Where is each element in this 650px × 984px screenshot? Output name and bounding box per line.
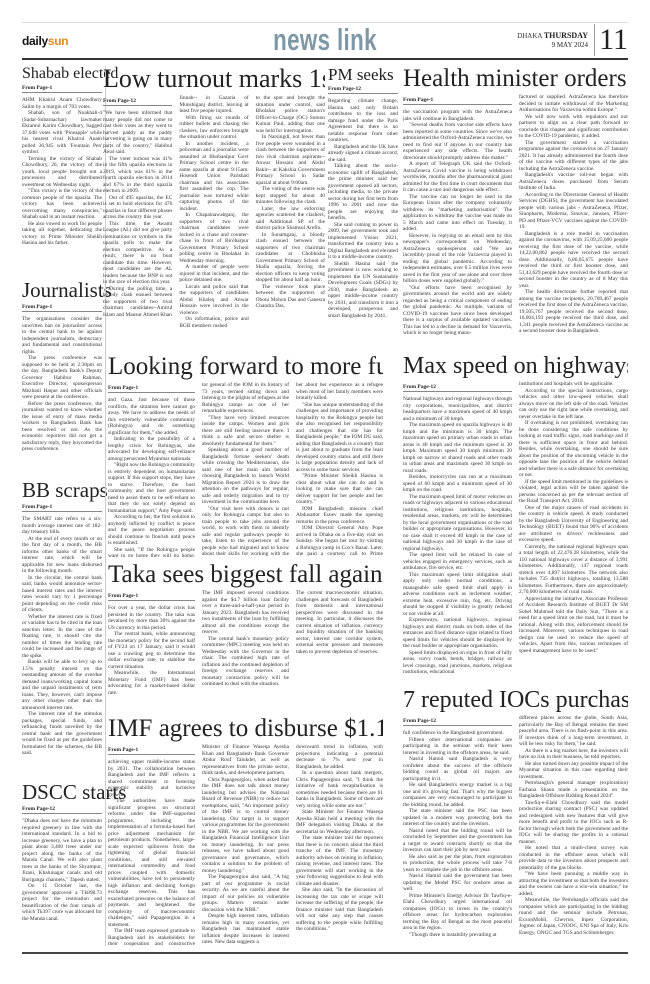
paragraph: "Our efforts have been recognised by gov… (403, 285, 512, 337)
paragraph: Chris Papageorgiou, when asked that the … (202, 777, 289, 875)
paragraph: National highways and regional highways … (403, 396, 512, 422)
paragraph: Sheikh Hasina said the government is now… (328, 261, 398, 320)
dateline-date: 9 MAY 2024 (552, 41, 588, 49)
paragraph: Indicating to the possibility of a lengt… (108, 436, 195, 462)
article-body-col1: the vaccination program with the AstraZe… (403, 109, 512, 337)
paragraph: He said Bangladesh's energy market is a … (403, 782, 512, 808)
from-page: From Page-1 (108, 747, 195, 755)
paragraph: Later, the law enforcing agencies scatte… (256, 206, 325, 232)
paragraph: During the polling time, a bloody clash … (103, 286, 172, 319)
paragraph: The organisations consider the unwritten… (22, 316, 102, 355)
paragraph: Speaking about a good number of Banglade… (202, 447, 289, 506)
article-pm-seeks: PM seeks From Page-12 Regarding climate … (328, 66, 398, 351)
brand-part-sun: sun (48, 34, 68, 48)
headline: Health minister orders probe (403, 66, 628, 91)
paragraph: If the speed limit mentioned in the guid… (519, 479, 628, 505)
paragraph: The voting of the centre was kept stoppe… (256, 186, 325, 206)
paragraph: Expressways, national highways, regional… (403, 617, 512, 650)
article-body-col1: and Gaza. Just because of those conflict… (108, 397, 195, 557)
article-body-col3: downward trend in inflation, with projec… (296, 744, 383, 933)
from-page: From Page-1 (22, 304, 102, 312)
paragraph: This time, the Awami League (AL) did not… (103, 221, 172, 286)
article-imf-disburse: IMF agrees to disburse $1.15b From Page-… (108, 716, 383, 948)
paragraph: She said, "If the Rohingya people want t… (108, 547, 195, 558)
article-taka-fall: Taka sees biggest fall against dollar Fr… (108, 562, 383, 714)
paragraph: her about her experience as a refugee wh… (296, 382, 383, 402)
paragraph: Appreciating the initiative, Associate P… (519, 596, 628, 655)
from-page: From Page-12 (22, 806, 102, 814)
paragraph: According to the Directorate General of … (519, 192, 628, 231)
paragraph: "Right now the Rohingya community is ent… (108, 462, 195, 514)
paragraph: He also vowed to work for people taking … (22, 221, 102, 247)
article-looking-forward-funding: Looking forward to more funding From Pag… (108, 354, 383, 557)
paragraph: In Sunamganj, a bloody clash ensued betw… (256, 232, 325, 284)
article-body-col3: to the spot and brought the situation un… (256, 95, 325, 310)
paragraph: The central bank's monetary policy commi… (202, 636, 289, 688)
from-page: From Page-1 (108, 385, 195, 393)
paragraph: Nasrul Hamid said Bangladesh is very con… (403, 756, 512, 782)
paragraph: The IMF team expressed gratitude to Bang… (108, 928, 195, 948)
from-page: From Page-12 (403, 718, 512, 726)
article-body-col2: factured or supplied. AstraZeneca has th… (519, 94, 628, 335)
paragraph: He also turned down any possible impact … (519, 761, 628, 781)
paragraph: A report of Telegraph UK said the Oxford… (403, 161, 512, 194)
article-bb-scraps: BB scraps From Page-1 The SMART rate ref… (22, 480, 102, 757)
from-page: From Page-12 (403, 384, 512, 392)
paragraph: achieving upper middle-income status by … (108, 759, 195, 798)
paragraph: For over a year, the dollar crisis has p… (108, 605, 195, 631)
paragraph: The maximum speed limit of motor vehicle… (403, 494, 512, 553)
paragraph: A number of people were injured in that … (179, 264, 248, 284)
paragraph: In the circular, the central bank said, … (22, 575, 102, 614)
article-body: The SMART rate refers to a six-month ave… (22, 516, 102, 757)
article-body-col3: her about her experience as a refugee wh… (296, 382, 383, 557)
article-low-turnout: Low turnout marks 1st-phase From Page-12… (103, 66, 325, 351)
paragraph: Bangladesh and the UK have already signe… (328, 144, 398, 164)
paragraph: Minister of Finance Waseqa Ayesha Khan a… (202, 744, 289, 777)
headline: Shabab elected (22, 66, 102, 82)
paragraph: Petrobangla's general manager (explorati… (519, 780, 628, 800)
paragraph: Terming the victory of Shabab Chowdhury,… (22, 156, 102, 189)
article-body-col1: achieving upper middle-income status by … (108, 759, 195, 948)
paragraph: One of the major causes of road accident… (519, 505, 628, 544)
paragraph: Tawfiq-e-Elahi Chowdhury said the model … (519, 800, 628, 846)
paragraph: "Though there is instability prevailing … (403, 932, 512, 939)
article-shabab: Shabab elected From Page-1 AHM Khairul A… (22, 66, 102, 247)
paragraph: In Chapainawabganj, the supporters of tw… (179, 212, 248, 264)
paragraph: Banks will be able to levy up to 1.5% pe… (22, 659, 102, 711)
paragraph: Jinnah-- in Gazaria of Munshiganj distri… (179, 95, 248, 115)
dateline-day: THURSDAY (544, 31, 588, 40)
paragraph: Locals and police said that the supporte… (179, 284, 248, 317)
paragraph: downward trend in inflation, with projec… (296, 744, 383, 770)
paragraph: to the spot and brought the situation un… (256, 95, 325, 134)
paragraph: Besides, motorcycles can run at a maximu… (403, 474, 512, 494)
paragraph: In Narsingdi, not fewer than five people… (256, 134, 325, 186)
paragraph: Before the press conference, the journal… (22, 401, 102, 453)
paragraph: "This victory is the victory of the comm… (22, 188, 102, 221)
paragraph: The speed limit will be relaxed in case … (403, 552, 512, 572)
article-body-col2: The IMF imposed several conditions again… (202, 590, 289, 688)
paragraph: The government started a vaccination pro… (519, 140, 628, 173)
paragraph: The maximum speed on upazila highways is… (403, 422, 512, 474)
paragraph: He noted that a multi-client survey was … (519, 845, 628, 871)
paragraph: The vaccine can no longer be used in the… (403, 194, 512, 233)
paragraph: On information, police and BGB members r… (179, 316, 248, 329)
paragraph: Currently, the national regional highway… (519, 544, 628, 596)
article-body-col2: tor general of the IOM in its history of… (202, 382, 289, 557)
paragraph: Whether the interest rate is fixed or va… (22, 614, 102, 660)
paragraph: Talking about the socio-economic uplift … (328, 163, 398, 222)
article-body-col1: National highways and regional highways … (403, 396, 512, 676)
paragraph: AHM Khairul Anam Chowdhury Salim by a ma… (22, 97, 102, 110)
headline: Max speed on highways (403, 354, 628, 378)
paragraph: State Minister for Finance Waseqa Ayesha… (296, 809, 383, 835)
paragraph: Nasrul noted that the bidding round will… (403, 828, 512, 854)
paragraph: He also said as per the plan, from explo… (403, 854, 512, 874)
paragraph: This maximum speed limit obligation shal… (403, 572, 512, 618)
paragraph: "She has unique understanding of the cha… (296, 402, 383, 474)
section-title: news link (107, 24, 543, 56)
article-body-col2: Minister of Finance Waseqa Ayesha Khan a… (202, 744, 289, 946)
from-page: From Page-1 (22, 85, 102, 93)
paragraph: and Gaza. Just because of those conflict… (108, 397, 195, 436)
paragraph: Speed limits displayed on signs in front… (403, 650, 512, 676)
article-max-speed: Max speed on highways From Page-12 Natio… (403, 354, 628, 676)
article-body: AHM Khairul Anam Chowdhury Salim by a ma… (22, 97, 102, 247)
article-body-col1: "We have been informed that many people … (103, 110, 172, 318)
masthead-rule (22, 58, 628, 60)
paragraph: According to her, the first solution to … (108, 514, 195, 547)
paragraph: "Prime Minister Sheikh Hasina is clear a… (296, 473, 383, 506)
paragraph: In another incident, a policeman and a j… (179, 141, 248, 213)
article-body-col2: Jinnah-- in Gazaria of Munshiganj distri… (179, 95, 248, 329)
from-page: From Page-1 (22, 504, 102, 512)
headline: Looking forward to more funding (108, 354, 383, 379)
headline: BB scraps (22, 480, 102, 501)
article-body-col2: different places across the globe, South… (519, 715, 628, 936)
paragraph: The central bank, while announcing the m… (108, 631, 195, 670)
paragraph: With firing six rounds of rubber bullets… (179, 115, 248, 141)
paragraph: The interest rate of the stimulus packag… (22, 711, 102, 757)
article-body-col1: full confidence in the Bangladesh govern… (403, 730, 512, 938)
article-body-col1: For over a year, the dollar crisis has p… (108, 605, 195, 696)
article-dscc: DSCC starts From Page-12 "Dhaka does not… (22, 782, 102, 922)
headline: Journalists (22, 280, 102, 301)
paragraph: According to the special instructions, c… (519, 388, 628, 421)
headline: Taka sees biggest fall against dollar (108, 562, 383, 587)
brand-logo: dailysun (22, 34, 68, 48)
paragraph: At the end of every month or on the firs… (22, 536, 102, 575)
paragraph: full confidence in the Bangladesh govern… (403, 730, 512, 737)
paragraph: "Several deaths from vaccine side effect… (403, 122, 512, 161)
paragraph: Shabab, son of Noakhali-4 (Sadar-Subarna… (22, 110, 102, 156)
article-iocs-purchase: 7 reputed IOCs purchase From Page-12 ful… (403, 688, 628, 948)
paragraph: The IMF imposed several conditions again… (202, 590, 289, 636)
paragraph: IOM Bangladesh mission chief Abdusattor … (296, 506, 383, 526)
brand-part-daily: daily (22, 34, 48, 48)
paragraph: She said coming to power in 2009, her go… (328, 222, 398, 261)
paragraph: "Dhaka does not have the minimum require… (22, 818, 102, 883)
page-number: 11 (594, 24, 628, 56)
paragraph: The violence took place between the supp… (256, 284, 325, 310)
paragraph: The state minister told the reporters th… (296, 835, 383, 887)
from-page: From Page-12 (103, 98, 172, 106)
paragraph: The current macroeconomic situation, cha… (296, 590, 383, 655)
article-journalists: Journalists From Page-1 The organisation… (22, 280, 102, 453)
paragraph: If overtaking is not prohibited, overtak… (519, 420, 628, 479)
paragraph: Prime Minister's Energy Advisor Dr Tawfi… (403, 893, 512, 932)
headline: PM seeks (328, 66, 398, 83)
paragraph: Bangladesh's vaccine roll-out began with… (519, 172, 628, 192)
dateline: DHAKA THURSDAY 9 MAY 2024 (517, 31, 588, 50)
paragraph: As there is a big market here, the inves… (519, 748, 628, 761)
from-page: From Page-1 (403, 97, 512, 105)
paragraph: the vaccination program with the AstraZe… (403, 109, 512, 122)
article-body: "Dhaka does not have the minimum require… (22, 818, 102, 922)
dateline-city: DHAKA (517, 32, 542, 40)
paragraph: Bangladesh is a role model in vaccinatio… (519, 231, 628, 290)
article-body: The organisations consider the unwritten… (22, 316, 102, 453)
headline: IMF agrees to disburse $1.15b (108, 716, 383, 741)
paragraph: factured or supplied. AstraZeneca has th… (519, 94, 628, 114)
paragraph: "Our visit here with donors is not only … (202, 506, 289, 558)
from-page: From Page-1 (108, 593, 195, 601)
paragraph: She also said, "In the discussion of inc… (296, 887, 383, 933)
paragraph: The press conference was supposed to be … (22, 355, 102, 401)
paragraph: The SMART rate refers to a six-month ave… (22, 516, 102, 536)
article-body-col3: The current macroeconomic situation, cha… (296, 590, 383, 655)
paragraph: Out of 495 upazilas, the EC is set to ho… (103, 195, 172, 221)
paragraph: Fifteen other international companies ar… (403, 737, 512, 757)
paragraph: The health directorate further reported … (519, 289, 628, 335)
paragraph: IOM Director General Amy Pope arrived in… (296, 525, 383, 557)
article-health-minister: Health minister orders probe From Page-1… (403, 66, 628, 351)
headline: 7 reputed IOCs purchase (403, 688, 628, 712)
paragraph: However, in replying to an email sent by… (403, 233, 512, 285)
from-page: From Page-12 (328, 86, 398, 94)
paragraph: "We have been informed that many people … (103, 110, 172, 156)
article-body-col2: institutions and hospitals will be appli… (519, 381, 628, 654)
paragraph: "They have very limited resources inside… (202, 415, 289, 448)
paragraph: Meanwhile, the Petrobangla officials sai… (519, 897, 628, 936)
paragraph: The state minister said the PSC has been… (403, 808, 512, 828)
paragraph: tor general of the IOM in its history of… (202, 382, 289, 415)
paragraph: The Papageorgiou also said, "A big part … (202, 874, 289, 913)
paragraph: Regarding climate change, Hasina said on… (328, 98, 398, 144)
paragraph: Despite high interest rates, inflation r… (202, 913, 289, 946)
paragraph: We will now work with regulators and our… (519, 114, 628, 140)
bottom-rule (22, 952, 628, 954)
masthead: dailysun news link DHAKA THURSDAY 9 MAY … (22, 24, 628, 56)
article-body: Regarding climate change, Hasina said on… (328, 98, 398, 319)
headline: DSCC starts (22, 782, 102, 803)
paragraph: In a question about bank mergers, Chris … (296, 770, 383, 809)
paragraph: different places across the globe, South… (519, 715, 628, 748)
paragraph: Nasrul Hamid said the government has bee… (403, 873, 512, 893)
paragraph: Meanwhile, the International Monetary Fu… (108, 670, 195, 696)
paragraph: The voter turnout was 41% in the fifth u… (103, 156, 172, 195)
paragraph: institutions and hospitals will be appli… (519, 381, 628, 388)
paragraph: "The authorities have made significant p… (108, 798, 195, 928)
paragraph: On 11 October last, the government appro… (22, 883, 102, 922)
paragraph: "We have been pursuing a middle way in a… (519, 871, 628, 897)
headline: Low turnout marks 1st-phase (103, 66, 325, 92)
